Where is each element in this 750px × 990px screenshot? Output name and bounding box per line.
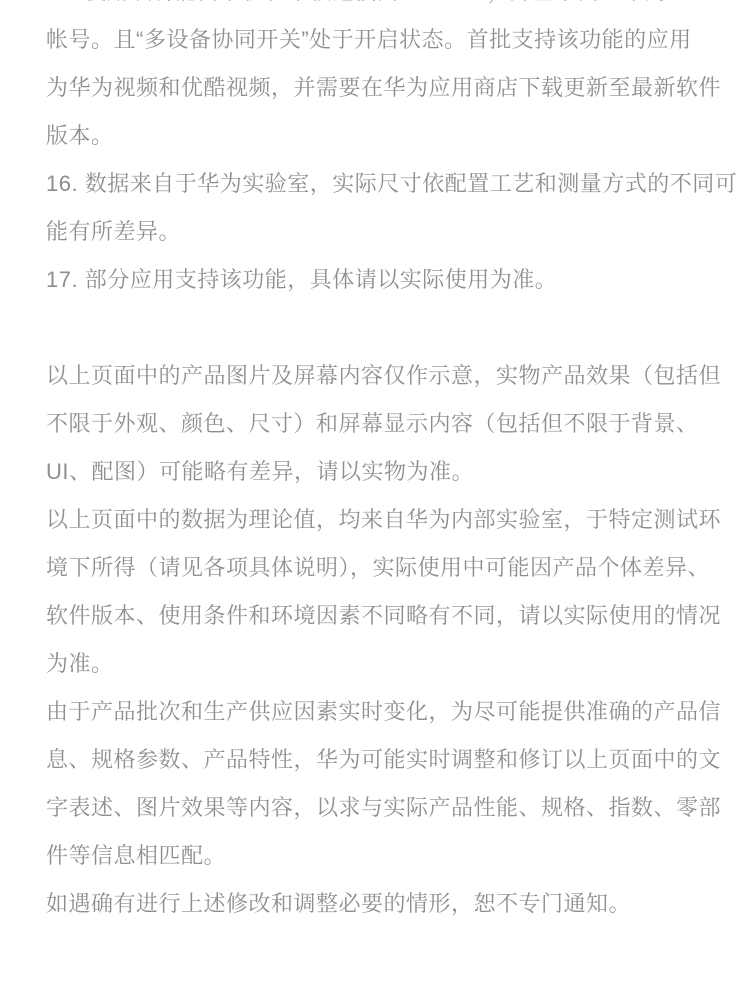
blank-line <box>46 304 712 352</box>
disclaimer-text-block: 15. 使用该功能需手机和平板连接同一WLAN，并登录同一华为 帐号。且“多设备… <box>46 0 712 928</box>
text-line: 以上页面中的数据为理论值，均来自华为内部实验室，于特定测试环 <box>46 496 712 544</box>
text-line: 件等信息相匹配。 <box>46 832 712 880</box>
text-line: UI、配图）可能略有差异，请以实物为准。 <box>46 448 712 496</box>
text-line: 为准。 <box>46 640 712 688</box>
text-line: 由于产品批次和生产供应因素实时变化，为尽可能提供准确的产品信 <box>46 688 712 736</box>
text-line: 字表述、图片效果等内容，以求与实际产品性能、规格、指数、零部 <box>46 784 712 832</box>
text-line-item-17: 17. 部分应用支持该功能，具体请以实际使用为准。 <box>46 256 712 304</box>
text-line-item-16: 16. 数据来自于华为实验室，实际尺寸依配置工艺和测量方式的不同可 <box>46 160 712 208</box>
text-line: 帐号。且“多设备协同开关”处于开启状态。首批支持该功能的应用 <box>46 16 712 64</box>
product-disclaimer-page: 15. 使用该功能需手机和平板连接同一WLAN，并登录同一华为 帐号。且“多设备… <box>0 0 750 990</box>
text-line: 版本。 <box>46 112 712 160</box>
text-line: 软件版本、使用条件和环境因素不同略有不同，请以实际使用的情况 <box>46 592 712 640</box>
text-line: 息、规格参数、产品特性，华为可能实时调整和修订以上页面中的文 <box>46 736 712 784</box>
text-line: 为华为视频和优酷视频，并需要在华为应用商店下载更新至最新软件 <box>46 64 712 112</box>
text-line: 能有所差异。 <box>46 208 712 256</box>
text-line: 以上页面中的产品图片及屏幕内容仅作示意，实物产品效果（包括但 <box>46 352 712 400</box>
text-line: 如遇确有进行上述修改和调整必要的情形，恕不专门通知。 <box>46 880 712 928</box>
text-line: 不限于外观、颜色、尺寸）和屏幕显示内容（包括但不限于背景、 <box>46 400 712 448</box>
text-line: 境下所得（请见各项具体说明），实际使用中可能因产品个体差异、 <box>46 544 712 592</box>
clipped-text-line: 15. 使用该功能需手机和平板连接同一WLAN，并登录同一华为 <box>46 0 712 16</box>
